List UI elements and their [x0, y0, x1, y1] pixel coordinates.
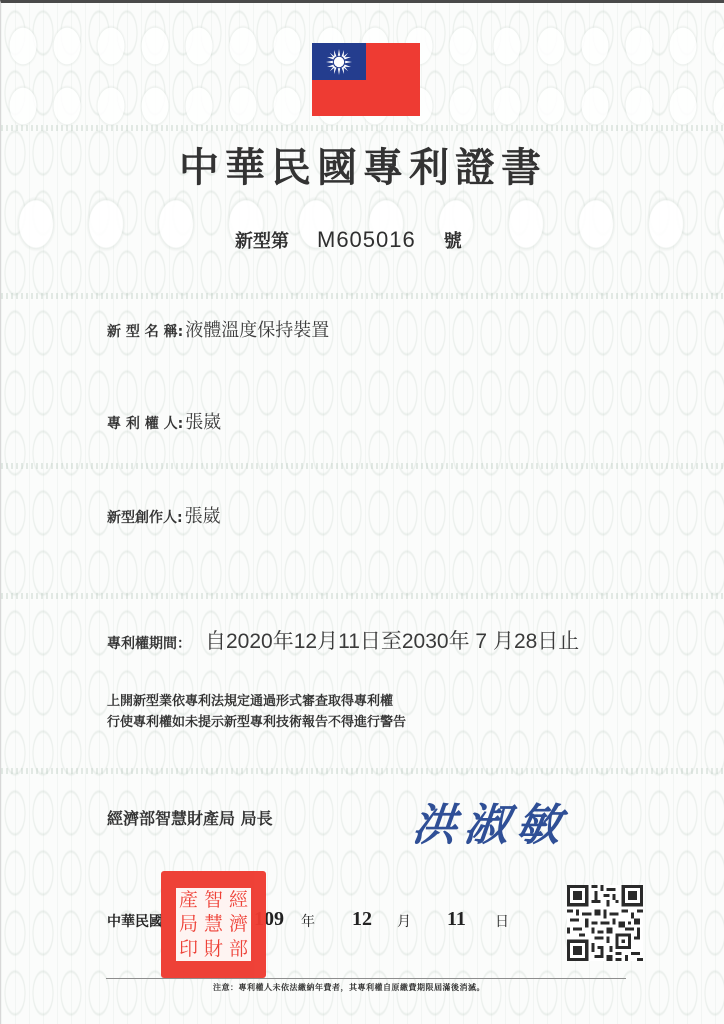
notice-text: 上開新型業依專利法規定通過形式審查取得專利權 行使專利權如未提示新型專利技術報告…: [107, 691, 406, 733]
date-month-unit: 月: [397, 911, 411, 931]
date-day: 11: [447, 908, 466, 931]
pattern-band: [1, 125, 724, 131]
patent-number-line: 新型第 M605016 號: [235, 227, 462, 253]
flag-canton: [312, 43, 366, 80]
field-utility-model-name: 新 型 名 稱: 液體溫度保持裝置: [107, 316, 329, 342]
white-sun-icon: [326, 49, 352, 75]
date-era: 中華民國: [107, 911, 163, 931]
patent-term: 專利權期間： 自2020年12月11日至2030年 7 月28日止: [107, 625, 579, 655]
seal-char: 智: [201, 888, 226, 912]
field-patentee: 專 利 權 人: 張崴: [107, 408, 221, 434]
pattern-band: [1, 463, 724, 469]
date-month: 12: [352, 908, 372, 931]
patent-number-prefix: 新型第: [235, 227, 289, 253]
field-label: 新型創作人:: [107, 507, 183, 527]
date-year-unit: 年: [301, 911, 315, 931]
patent-number: M605016: [317, 227, 416, 253]
seal-inscription: 經 濟 部 智 慧 財 產 局 印: [176, 888, 251, 961]
qr-code-icon[interactable]: [567, 885, 643, 961]
pattern-band: [1, 293, 724, 299]
roc-flag-icon: [312, 43, 420, 116]
date-day-unit: 日: [495, 911, 509, 931]
term-value: 自2020年12月11日至2030年 7 月28日止: [205, 625, 579, 655]
seal-char: 經: [226, 888, 251, 912]
seal-char: 部: [226, 937, 251, 961]
term-label: 專利權期間：: [107, 633, 191, 653]
issuing-authority: 經濟部智慧財產局 局長: [107, 806, 273, 829]
notice-line: 上開新型業依專利法規定通過形式審查取得專利權: [107, 691, 406, 712]
seal-char: 印: [176, 937, 201, 961]
seal-char: 濟: [226, 912, 251, 936]
field-value: 張崴: [185, 408, 221, 434]
certificate-title: 中華民國專利證書: [1, 136, 724, 193]
field-label: 新 型 名 稱:: [107, 321, 183, 341]
field-value: 張崴: [185, 502, 221, 528]
pattern-band: [1, 593, 724, 599]
footnote: 注意：專利權人未依法繳納年費者，其專利權自原繳費期限屆滿後消滅。: [213, 982, 485, 993]
certificate-page: 中華民國專利證書 新型第 M605016 號 新 型 名 稱: 液體溫度保持裝置…: [0, 0, 724, 1024]
footer-divider: [106, 978, 626, 979]
seal-char: 慧: [201, 912, 226, 936]
patent-number-suffix: 號: [444, 227, 462, 253]
seal-char: 產: [176, 888, 201, 912]
pattern-band: [1, 768, 724, 774]
notice-line: 行使專利權如未提示新型專利技術報告不得進行警告: [107, 712, 406, 733]
seal-char: 局: [176, 912, 201, 936]
official-seal-icon: 經 濟 部 智 慧 財 產 局 印: [161, 871, 266, 978]
seal-char: 財: [201, 937, 226, 961]
field-creator: 新型創作人: 張崴: [107, 502, 221, 528]
director-signature: 洪淑敏: [410, 789, 573, 853]
field-value: 液體溫度保持裝置: [185, 316, 329, 342]
field-label: 專 利 權 人:: [107, 413, 183, 433]
